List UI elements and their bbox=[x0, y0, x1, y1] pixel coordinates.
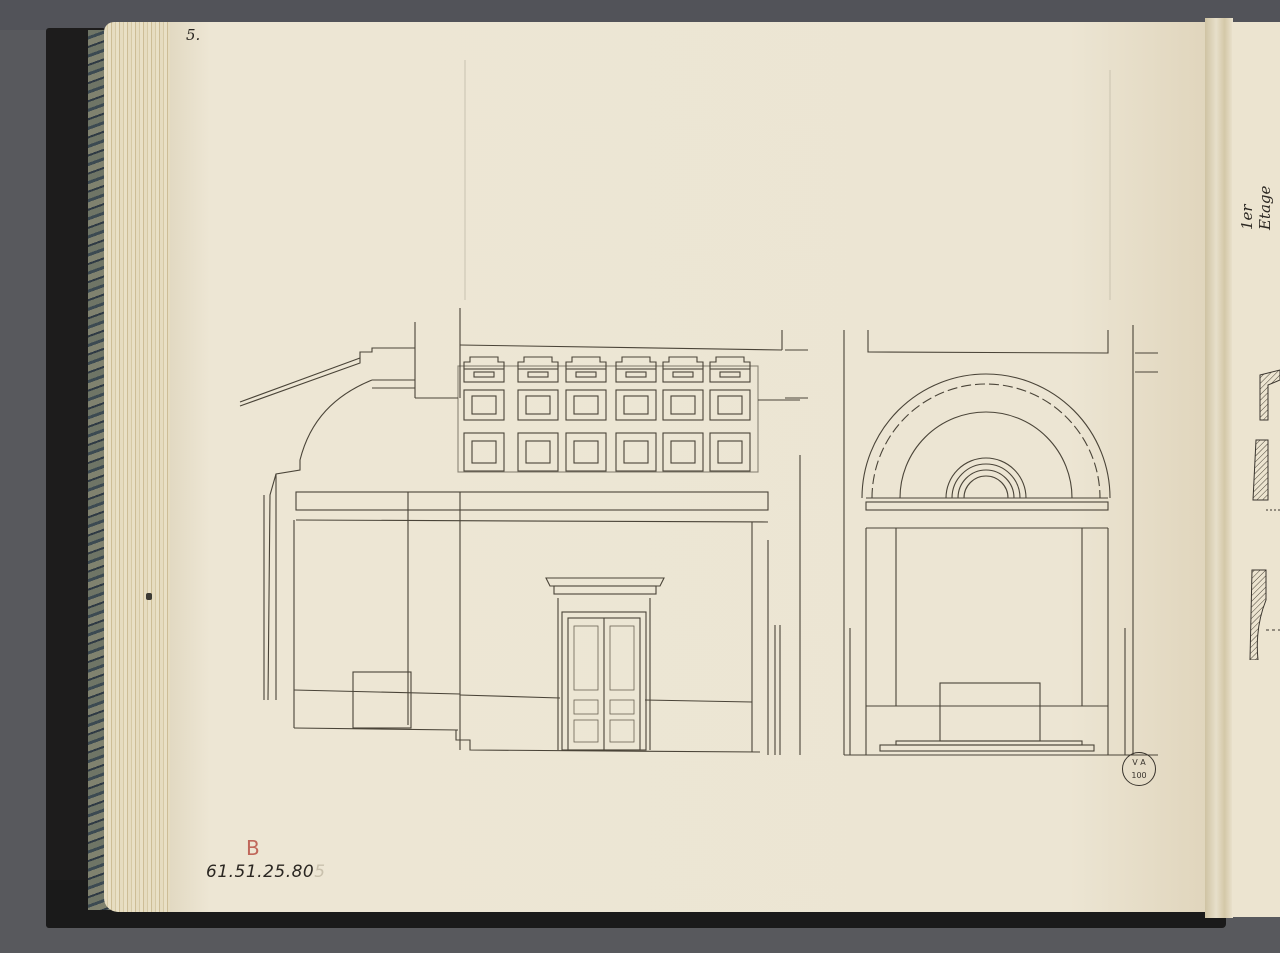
library-stamp: V A 100 bbox=[1122, 752, 1156, 786]
architectural-drawing bbox=[0, 0, 1280, 953]
longitudinal-section bbox=[240, 308, 808, 755]
double-door bbox=[546, 578, 664, 750]
transverse-section bbox=[844, 325, 1158, 755]
shelfmark: 61.51.25.805 bbox=[206, 862, 326, 882]
stamp-line-2: 100 bbox=[1123, 769, 1155, 782]
stamp-line-1: V A bbox=[1123, 756, 1155, 769]
shelfmark-suffix: 5 bbox=[314, 862, 325, 882]
page-number: 5. bbox=[186, 26, 200, 44]
shelfmark-number: 61.51.25.80 bbox=[206, 862, 314, 882]
coffer-cells bbox=[464, 357, 750, 471]
partial-floor-plan bbox=[1238, 360, 1280, 660]
archive-letter: B bbox=[246, 836, 260, 860]
right-page-caption: 1er Etage bbox=[1238, 186, 1274, 230]
